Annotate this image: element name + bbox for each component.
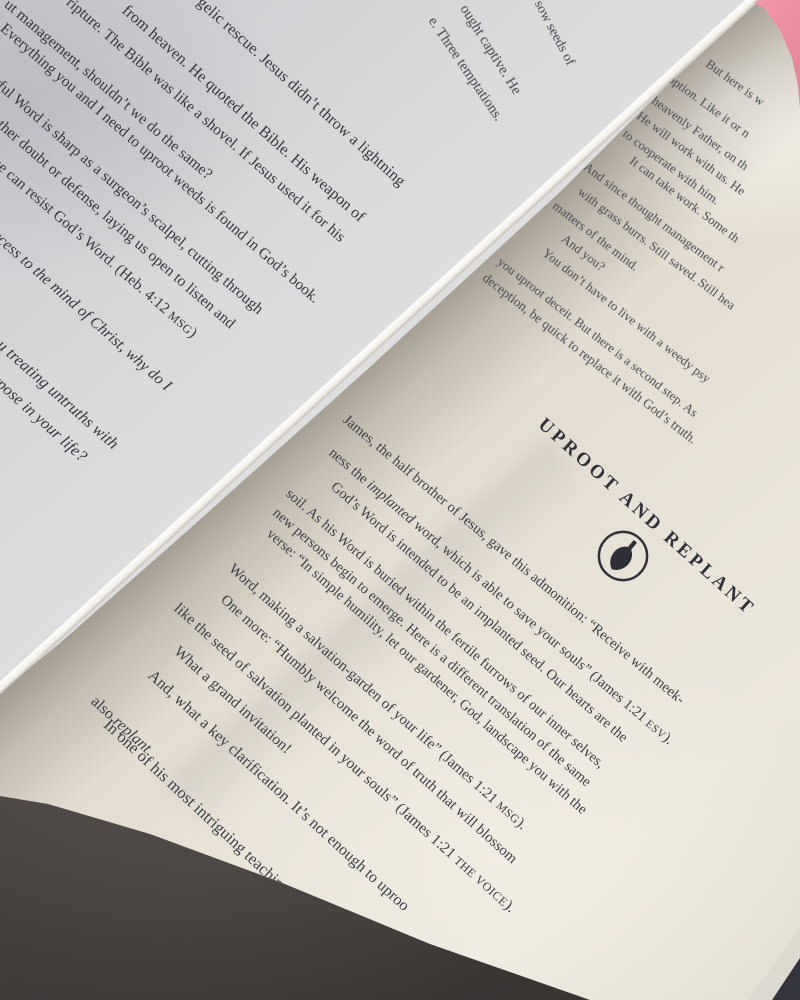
text-line: ether doubt or defense, laying us open t… <box>0 112 238 333</box>
book-photo: But here is woption. Like it or nheavenl… <box>0 0 800 1000</box>
chapter-heading: UPROOT AND REPLANT <box>533 414 759 621</box>
text-line: sow seeds of <box>530 0 578 69</box>
